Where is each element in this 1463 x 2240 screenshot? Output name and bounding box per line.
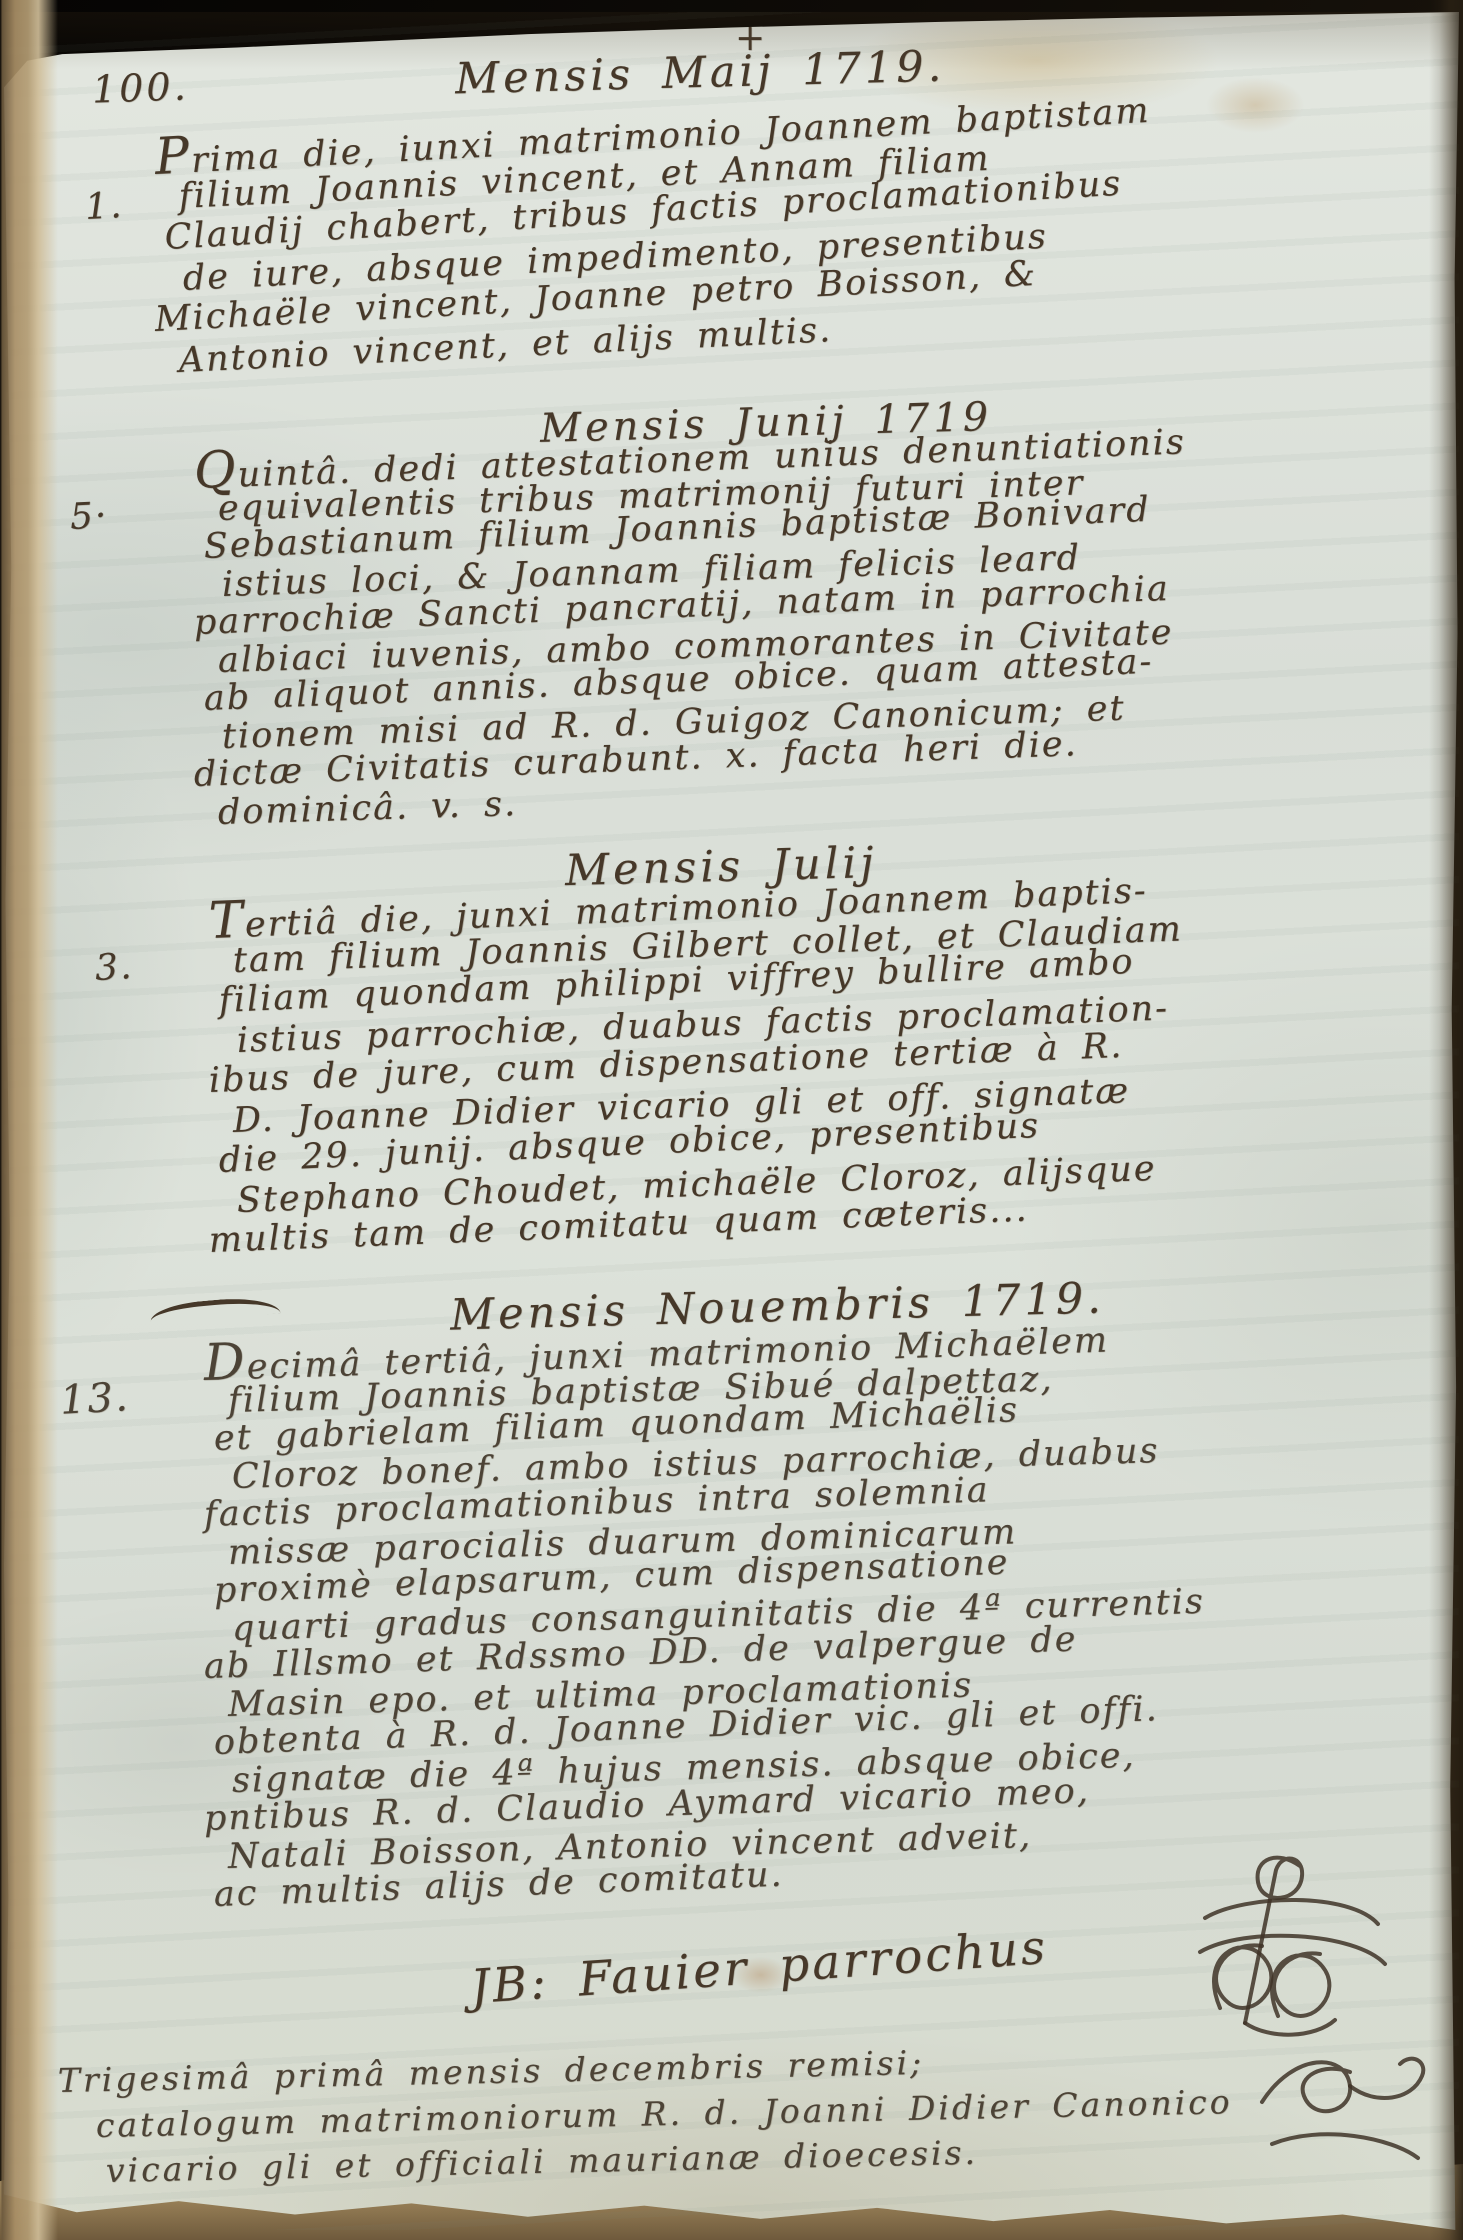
pen-dash: [149, 1294, 280, 1324]
entry-lines: Quintâ. dedi attestationem unius denunti…: [194, 452, 1186, 832]
entry-lines: Prima die, iunxi matrimonio Joannem bapt…: [155, 136, 1152, 382]
entry-lines: Tertiâ die, junxi matrimonio Joannem bap…: [209, 901, 1183, 1261]
register-entry-3: 3. Tertiâ die, junxi matrimonio Joannem …: [95, 901, 1183, 1261]
register-entry-1: 1. Prima die, iunxi matrimonio Joannem b…: [85, 136, 1152, 382]
signature-text: JB: Fauier parrochus: [469, 1920, 1050, 2015]
month-header-maij: Mensis Maij 1719.: [454, 42, 945, 105]
entry-number: 1.: [84, 185, 124, 228]
closing-flourish: [1250, 2040, 1440, 2180]
closing-note: Trigesimâ primâ mensis decembris remisi;…: [58, 2058, 1233, 2193]
page-number: 100.: [91, 64, 189, 111]
paraph-flourish: [1150, 1848, 1410, 2048]
register-entry-13: 13. Decimâ tertiâ, junxi matrimonio Mich…: [60, 1344, 1205, 1914]
register-entry-5: 5· Quintâ. dedi attestationem unius denu…: [70, 452, 1186, 832]
entry-lines: Decimâ tertiâ, junxi matrimonio Michaële…: [204, 1344, 1205, 1914]
manuscript-content: 100. + Mensis Maij 1719. 1. Prima die, i…: [0, 0, 1463, 2240]
entry-number: 13.: [59, 1374, 131, 1424]
entry-number: 5·: [69, 495, 109, 538]
entry-number: 3.: [94, 946, 134, 989]
manuscript-scan: 100. + Mensis Maij 1719. 1. Prima die, i…: [0, 0, 1463, 2240]
